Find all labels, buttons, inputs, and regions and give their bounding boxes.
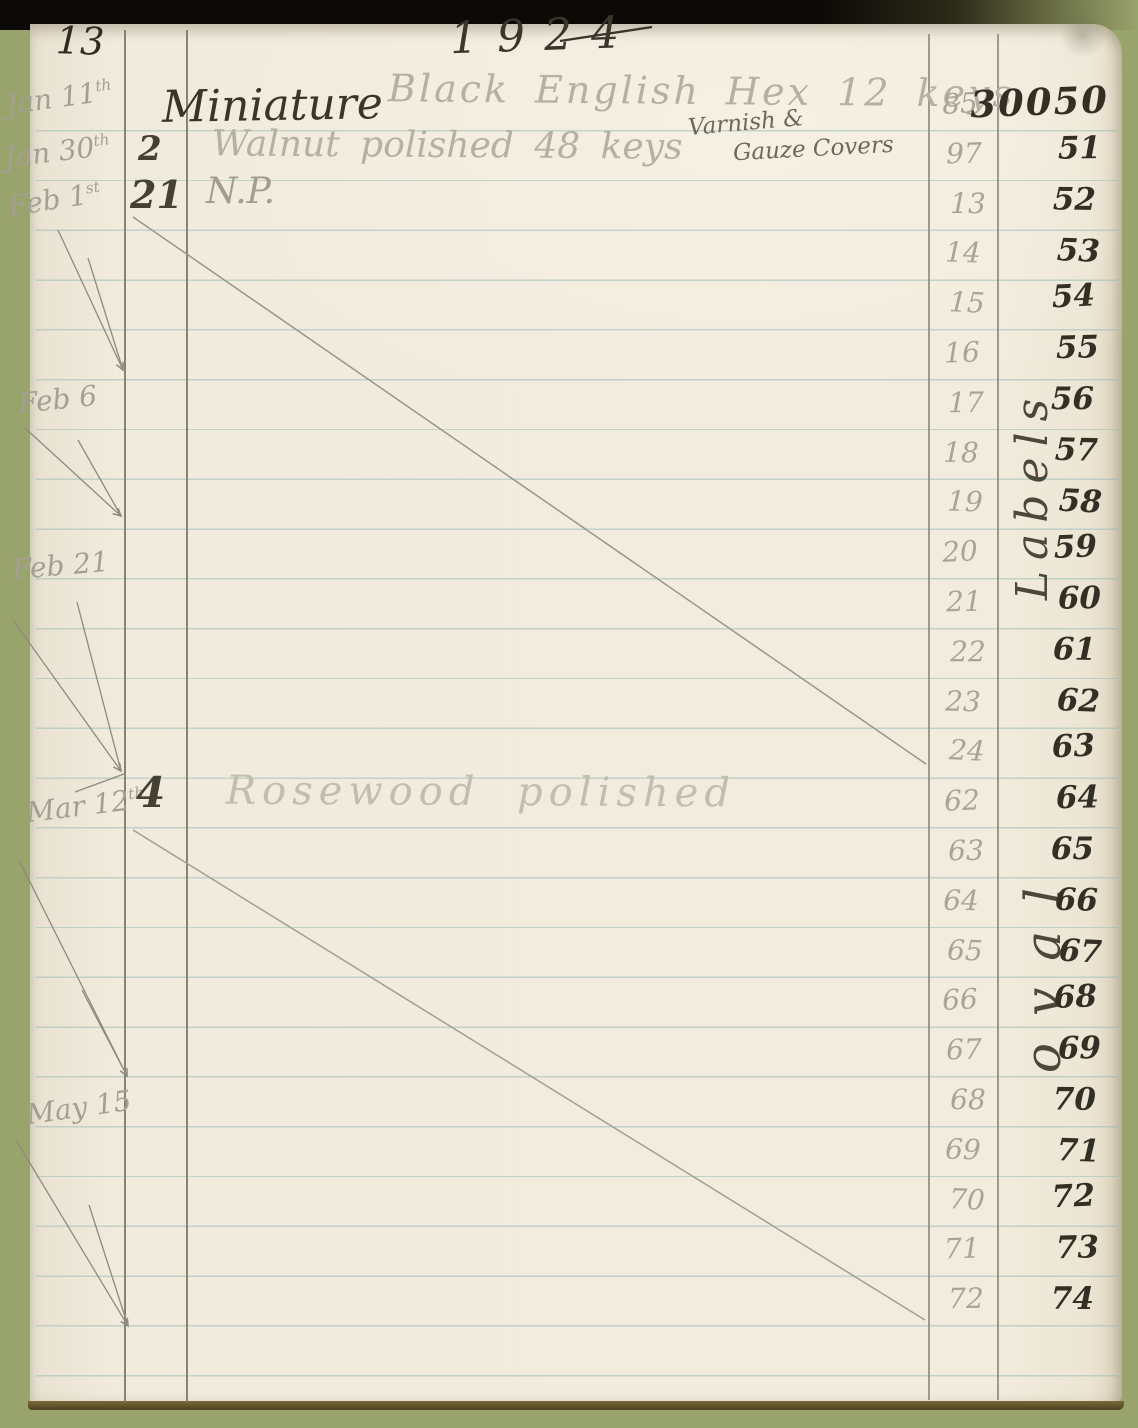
entry-quantity: 2 xyxy=(138,132,162,166)
entry-description-pencil: Black English Hex 12 keys xyxy=(388,69,1015,112)
ledger-number-cell: 56 xyxy=(944,384,1094,415)
entry-date: Feb 21 xyxy=(11,548,110,584)
ledger-number-cell: 65 xyxy=(944,834,1094,865)
ledger-number-cell: 66 xyxy=(948,882,1099,917)
ledger-number-cell: 68 xyxy=(946,981,1097,1017)
ledger-number-cell: 30050 xyxy=(958,81,1109,123)
entry-description-pencil: Rosewood polished xyxy=(226,771,736,814)
entry-date-suffix: th xyxy=(94,75,112,95)
year-title: 1924 xyxy=(449,11,638,62)
ledger-number-cell: 57 xyxy=(948,432,1099,467)
ledger-number-cell: 74 xyxy=(944,1284,1094,1315)
entry-date-suffix: st xyxy=(84,178,101,198)
entry-quantity: 21 xyxy=(130,176,183,214)
ledger-number-cell: 60 xyxy=(951,583,1101,616)
ledger-number-cell: 54 xyxy=(944,280,1095,318)
entry-description-ink: Miniature xyxy=(162,82,384,130)
ledger-number-cell: 64 xyxy=(949,782,1100,817)
page-number: 13 xyxy=(55,21,105,61)
ledger-number-cell: 59 xyxy=(946,531,1097,567)
ledger-number-cell: 52 xyxy=(946,183,1096,216)
ledger-number-cell: 69 xyxy=(951,1033,1101,1066)
entry-description-pencil: Walnut polished 48 keys xyxy=(212,126,683,165)
ledger-number-cell: 71 xyxy=(949,1131,1100,1167)
entry-description-pencil: N.P. xyxy=(206,174,275,210)
entry-date-suffix: th xyxy=(92,130,110,150)
ledger-number-cell: 53 xyxy=(949,231,1100,267)
entry-quantity: 4 xyxy=(136,772,165,814)
entry-date: Feb 6 xyxy=(17,382,99,418)
ledger-number-cell: 61 xyxy=(946,633,1096,666)
ledger-page-scan: 13 1924 Jan 11th Miniature Black English… xyxy=(0,0,1138,1428)
ledger-number-cell: 72 xyxy=(944,1180,1095,1218)
ledger-number-cell: 51 xyxy=(951,133,1101,166)
ledger-number-cell: 62 xyxy=(949,681,1100,717)
ledger-number-cell: 63 xyxy=(944,730,1095,768)
ledger-number-cell: 73 xyxy=(949,1232,1100,1267)
ledger-number-cell: 70 xyxy=(946,1083,1096,1116)
ledger-number-cell: 55 xyxy=(949,332,1100,367)
